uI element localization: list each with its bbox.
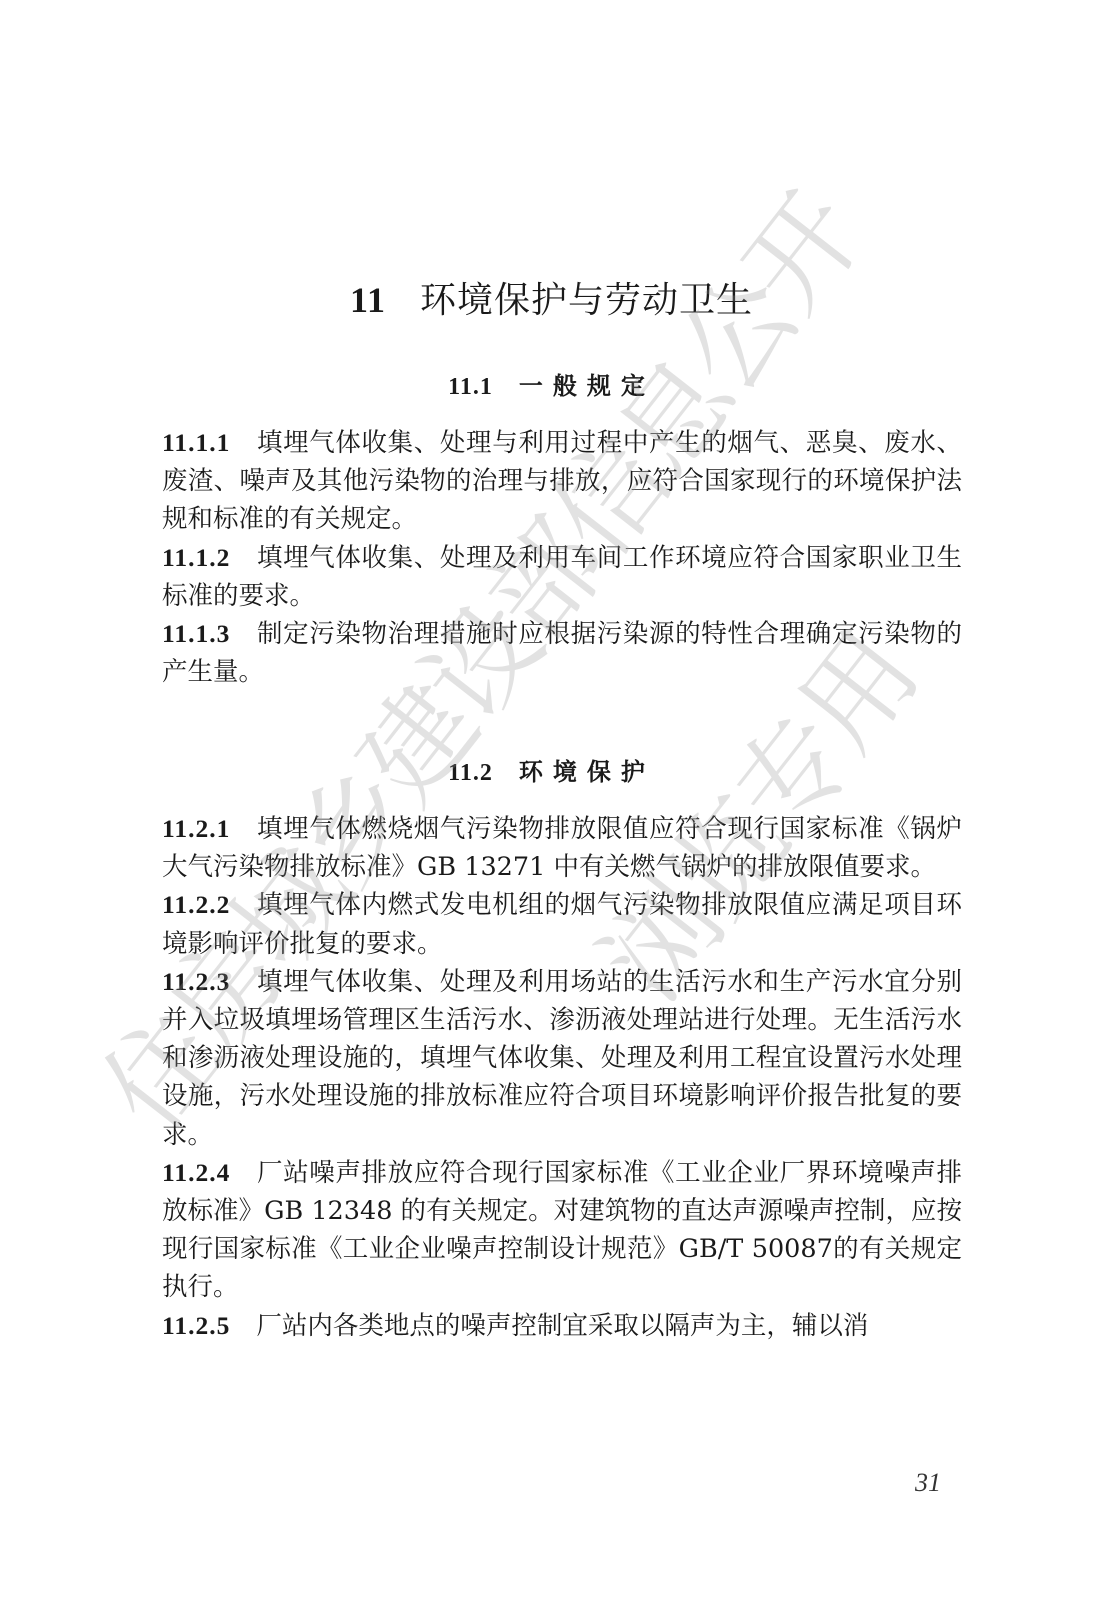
clause: 11.1.3制定污染物治理措施时应根据污染源的特性合理确定污染物的产生量。 [162,615,962,691]
clause-text: 填埋气体收集、处理与利用过程中产生的烟气、恶臭、废水、废渣、噪声及其他污染物的治… [162,428,962,534]
clause-number: 11.1.1 [162,428,230,457]
section-title-text: 环境保护 [519,757,655,786]
clause: 11.1.1填埋气体收集、处理与利用过程中产生的烟气、恶臭、废水、废渣、噪声及其… [162,424,962,539]
clause-text: 厂站内各类地点的噪声控制宜采取以隔声为主，辅以消 [256,1311,868,1341]
clause-number: 11.2.3 [162,967,230,996]
section-number: 11.2 [448,760,493,786]
clause: 11.2.4厂站噪声排放应符合现行国家标准《工业企业厂界环境噪声排放标准》GB … [162,1154,962,1307]
clause-text: 填埋气体内燃式发电机组的烟气污染物排放限值应满足项目环境影响评价批复的要求。 [162,890,962,958]
clause: 11.2.2填埋气体内燃式发电机组的烟气污染物排放限值应满足项目环境影响评价批复… [162,886,962,962]
document-page: 11环境保护与劳动卫生 11.1一般规定 11.1.1填埋气体收集、处理与利用过… [0,0,1103,1597]
clause-number: 11.2.5 [162,1311,230,1340]
clause-text: 填埋气体收集、处理及利用场站的生活污水和生产污水宜分别并入垃圾填埋场管理区生活污… [162,967,962,1150]
clause: 11.2.5厂站内各类地点的噪声控制宜采取以隔声为主，辅以消 [162,1307,962,1345]
clause-number: 11.1.2 [162,543,230,572]
clause-text: 厂站噪声排放应符合现行国家标准《工业企业厂界环境噪声排放标准》GB 12348 … [162,1158,962,1303]
clause: 11.2.1填埋气体燃烧烟气污染物排放限值应符合现行国家标准《锅炉大气污染物排放… [162,810,962,886]
clause-text: 填埋气体燃烧烟气污染物排放限值应符合现行国家标准《锅炉大气污染物排放标准》GB … [162,814,962,882]
clause-text: 制定污染物治理措施时应根据污染源的特性合理确定污染物的产生量。 [162,619,962,687]
chapter-number: 11 [350,280,386,320]
section-number: 11.1 [448,374,493,400]
clause: 11.1.2填埋气体收集、处理及利用车间工作环境应符合国家职业卫生标准的要求。 [162,539,962,615]
clause: 11.2.3填埋气体收集、处理及利用场站的生活污水和生产污水宜分别并入垃圾填埋场… [162,963,962,1154]
clause-number: 11.1.3 [162,619,230,648]
section-body: 11.1.1填埋气体收集、处理与利用过程中产生的烟气、恶臭、废水、废渣、噪声及其… [162,424,962,691]
section-body: 11.2.1填埋气体燃烧烟气污染物排放限值应符合现行国家标准《锅炉大气污染物排放… [162,810,962,1345]
section-title: 11.1一般规定 [0,366,1103,401]
clause-text: 填埋气体收集、处理及利用车间工作环境应符合国家职业卫生标准的要求。 [162,543,962,611]
clause-number: 11.2.4 [162,1158,230,1187]
chapter-title: 11环境保护与劳动卫生 [0,272,1103,323]
clause-number: 11.2.2 [162,890,230,919]
clause-number: 11.2.1 [162,814,230,843]
section-title: 11.2环境保护 [0,752,1103,787]
chapter-title-text: 环境保护与劳动卫生 [420,280,753,321]
section-title-text: 一般规定 [519,371,655,400]
page-number: 31 [915,1468,941,1498]
